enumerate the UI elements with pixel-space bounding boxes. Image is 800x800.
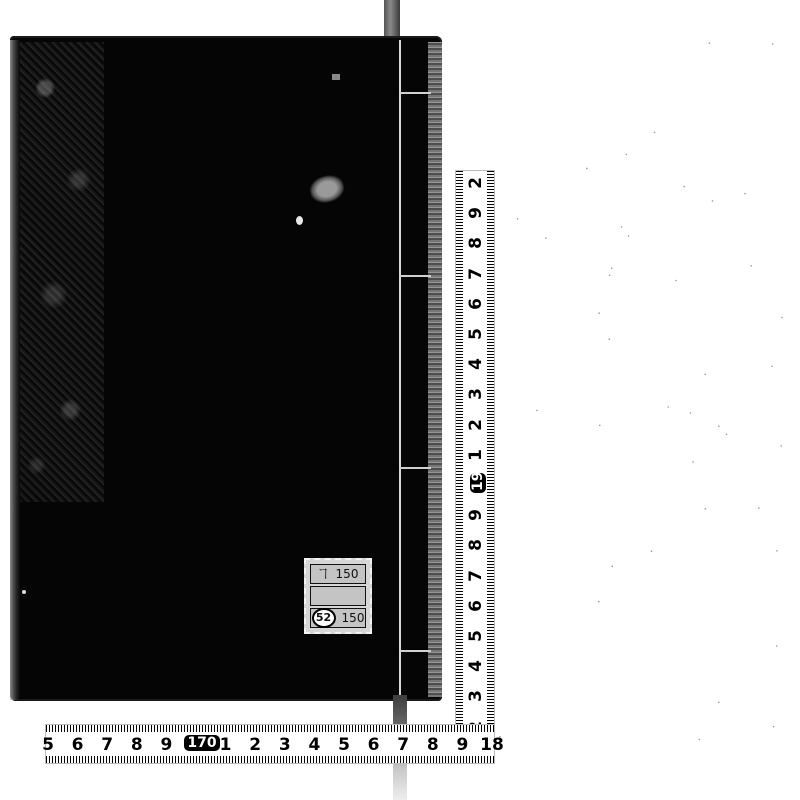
cover-worn-edge [10,40,20,700]
ruler-digit: 5 [466,326,486,342]
page-edges [428,42,442,697]
ruler-digit: 4 [466,356,486,372]
ruler-digit: 9 [466,205,486,221]
ruler-digit: 4 [302,735,326,755]
ruler-digit: 8 [125,735,149,755]
ruler-digit: 4 [466,658,486,674]
ruler-digit: 9 [450,735,474,755]
ruler-digit: 7 [466,568,486,584]
cover-damage-spot [22,590,26,594]
ruler-digit: 8 [466,235,486,251]
ruler-digit: 3 [466,386,486,402]
ruler-digit: 6 [66,735,90,755]
binding-stitch [399,92,431,94]
cover-damage-spot [296,216,303,225]
binding-thread [399,40,401,700]
ruler-digit: 5 [36,735,60,755]
label-row-1: ヿ 150 [310,564,366,584]
ruler-digit: 2 [466,175,486,191]
ruler-digit: 7 [391,735,415,755]
label-row-2 [310,586,366,606]
ruler-digit: 1 [214,735,238,755]
ruler-digit: 190 [470,473,486,493]
label-number: 150 [342,609,365,627]
ruler-digit: 7 [466,266,486,282]
ruler-digit: 6 [466,296,486,312]
ruler-digit: 2 [243,735,267,755]
ruler-digit: 5 [332,735,356,755]
ruler-digit: 6 [362,735,386,755]
ruler-digit: 7 [95,735,119,755]
ruler-digit: 6 [466,598,486,614]
cover-damage-spot [332,74,340,80]
ruler-digit: 9 [154,735,178,755]
ruler-digit: 8 [421,735,445,755]
library-call-number-label: ヿ 150 52 150 [304,558,372,634]
ruler-digit: 1 [466,447,486,463]
ruler-digit: 2 [466,417,486,433]
binding-stitch [399,650,431,652]
cover-marbled-panel [20,42,104,502]
ruler-digit: 8 [466,537,486,553]
binding-stitch [399,275,431,277]
label-number: 150 [336,565,359,583]
ruler-digit: 3 [466,688,486,704]
label-circled-number: 52 [312,608,336,628]
vertical-ruler: 298765432119098765432 [455,170,495,726]
label-row-3: 52 150 [310,608,366,628]
ruler-digit: 5 [466,628,486,644]
label-mark: ヿ [318,565,330,583]
ruler-digit: 9 [466,507,486,523]
ruler-digit: 18 [480,735,504,755]
binding-stitch [399,467,431,469]
ruler-digit: 3 [273,735,297,755]
horizontal-ruler: 5678917012345678918 [45,724,495,764]
